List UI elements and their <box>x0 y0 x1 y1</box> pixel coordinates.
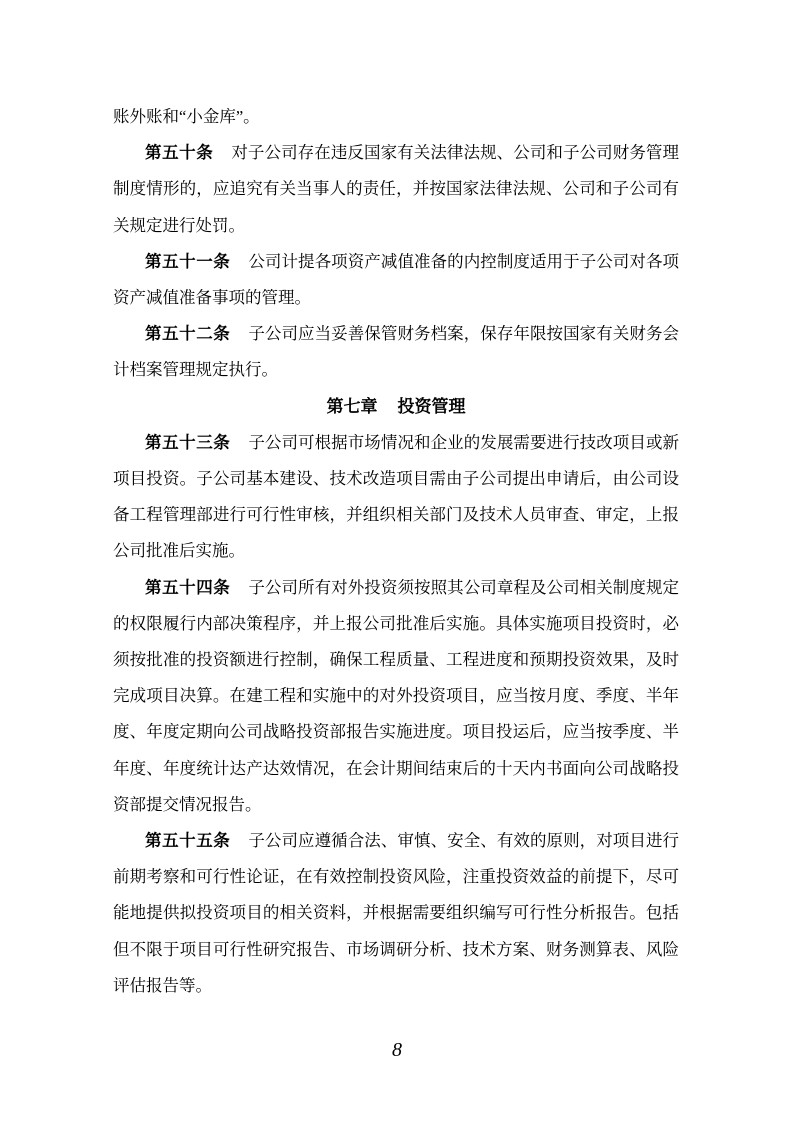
article-54-body: 子公司所有对外投资须按照其公司章程及公司相关制度规定的权限履行内部决策程序，并上… <box>113 578 679 814</box>
article-54-number: 第五十四条 <box>145 579 230 597</box>
article-53-number: 第五十三条 <box>145 434 230 452</box>
article-55-number: 第五十五条 <box>145 832 230 850</box>
document-page: 账外账和“小金库”。 第五十条对子公司存在违反国家有关法律法规、公司和子公司财务… <box>0 0 794 1123</box>
article-53: 第五十三条子公司可根据市场情况和企业的发展需要进行技改项目或新项目投资。子公司基… <box>113 425 679 570</box>
article-52-number: 第五十二条 <box>145 325 230 343</box>
article-55-body: 子公司应遵循合法、审慎、安全、有效的原则，对项目进行前期考察和可行性论证，在有效… <box>113 831 679 995</box>
page-number: 8 <box>0 1036 794 1064</box>
article-51-number: 第五十一条 <box>145 253 230 271</box>
chapter-number: 第七章 <box>327 397 378 416</box>
article-50-number: 第五十条 <box>145 144 213 162</box>
article-55: 第五十五条子公司应遵循合法、审慎、安全、有效的原则，对项目进行前期考察和可行性论… <box>113 823 679 1004</box>
article-54: 第五十四条子公司所有对外投资须按照其公司章程及公司相关制度规定的权限履行内部决策… <box>113 570 679 823</box>
article-50: 第五十条对子公司存在违反国家有关法律法规、公司和子公司财务管理制度情形的，应追究… <box>113 135 679 244</box>
article-52: 第五十二条子公司应当妥善保管财务档案，保存年限按国家有关财务会计档案管理规定执行… <box>113 316 679 388</box>
article-51: 第五十一条公司计提各项资产减值准备的内控制度适用于子公司对各项资产减值准备事项的… <box>113 244 679 316</box>
document-text-area: 账外账和“小金库”。 第五十条对子公司存在违反国家有关法律法规、公司和子公司财务… <box>113 99 679 1004</box>
chapter-heading: 第七章投资管理 <box>113 389 679 425</box>
chapter-title: 投资管理 <box>398 397 466 416</box>
paragraph-continuation: 账外账和“小金库”。 <box>113 99 679 135</box>
